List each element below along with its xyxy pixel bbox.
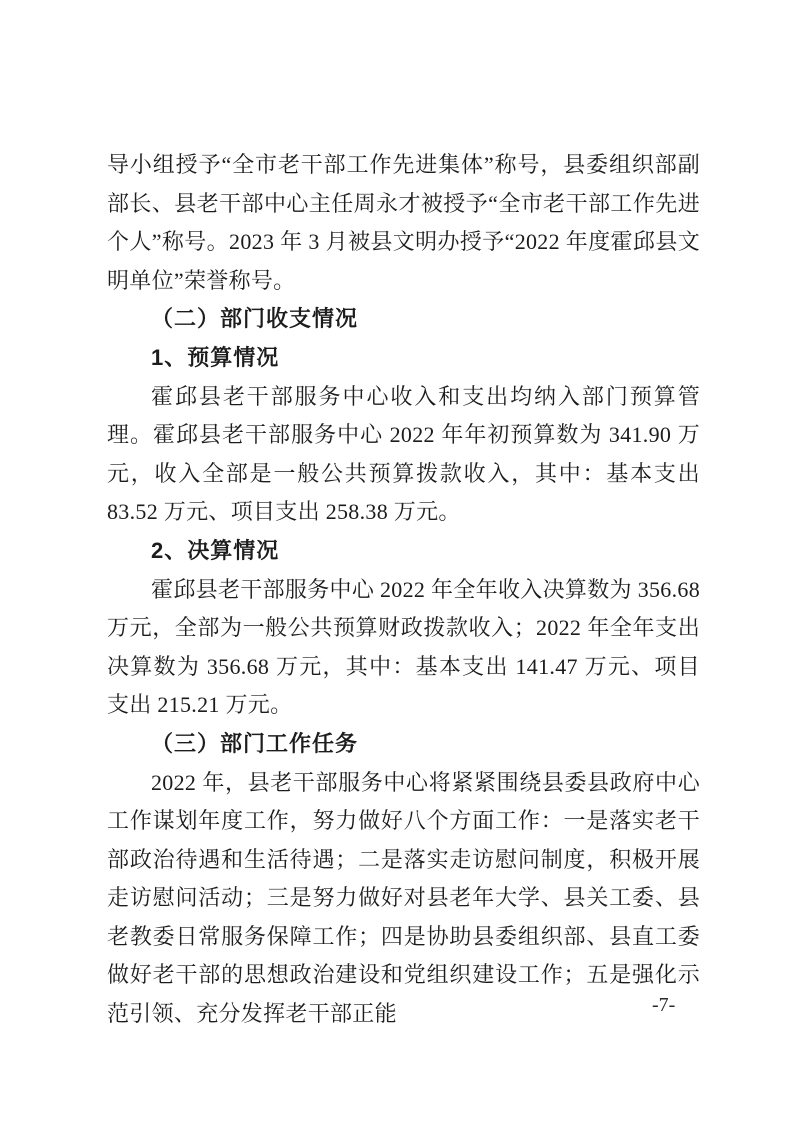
section-heading-department-tasks: （三）部门工作任务 bbox=[107, 725, 700, 764]
subheading-budget-situation: 1、预算情况 bbox=[107, 339, 700, 378]
page-number: -7- bbox=[652, 993, 675, 1017]
budget-situation-paragraph: 霍邱县老干部服务中心收入和支出均纳入部门预算管理。霍邱县老干部服务中心 2022… bbox=[107, 378, 700, 532]
honors-continuation-paragraph: 导小组授予“全市老干部工作先进集体”称号，县委组织部副部长、县老干部中心主任周永… bbox=[107, 146, 700, 300]
document-page: 导小组授予“全市老干部工作先进集体”称号，县委组织部副部长、县老干部中心主任周永… bbox=[0, 0, 793, 1122]
subheading-final-accounts: 2、决算情况 bbox=[107, 532, 700, 571]
document-body: 导小组授予“全市老干部工作先进集体”称号，县委组织部副部长、县老干部中心主任周永… bbox=[107, 146, 700, 1034]
section-heading-income-expenditure: （二）部门收支情况 bbox=[107, 300, 700, 339]
department-tasks-paragraph: 2022 年，县老干部服务中心将紧紧围绕县委县政府中心工作谋划年度工作，努力做好… bbox=[107, 764, 700, 1034]
final-accounts-paragraph: 霍邱县老干部服务中心 2022 年全年收入决算数为 356.68 万元，全部为一… bbox=[107, 571, 700, 725]
